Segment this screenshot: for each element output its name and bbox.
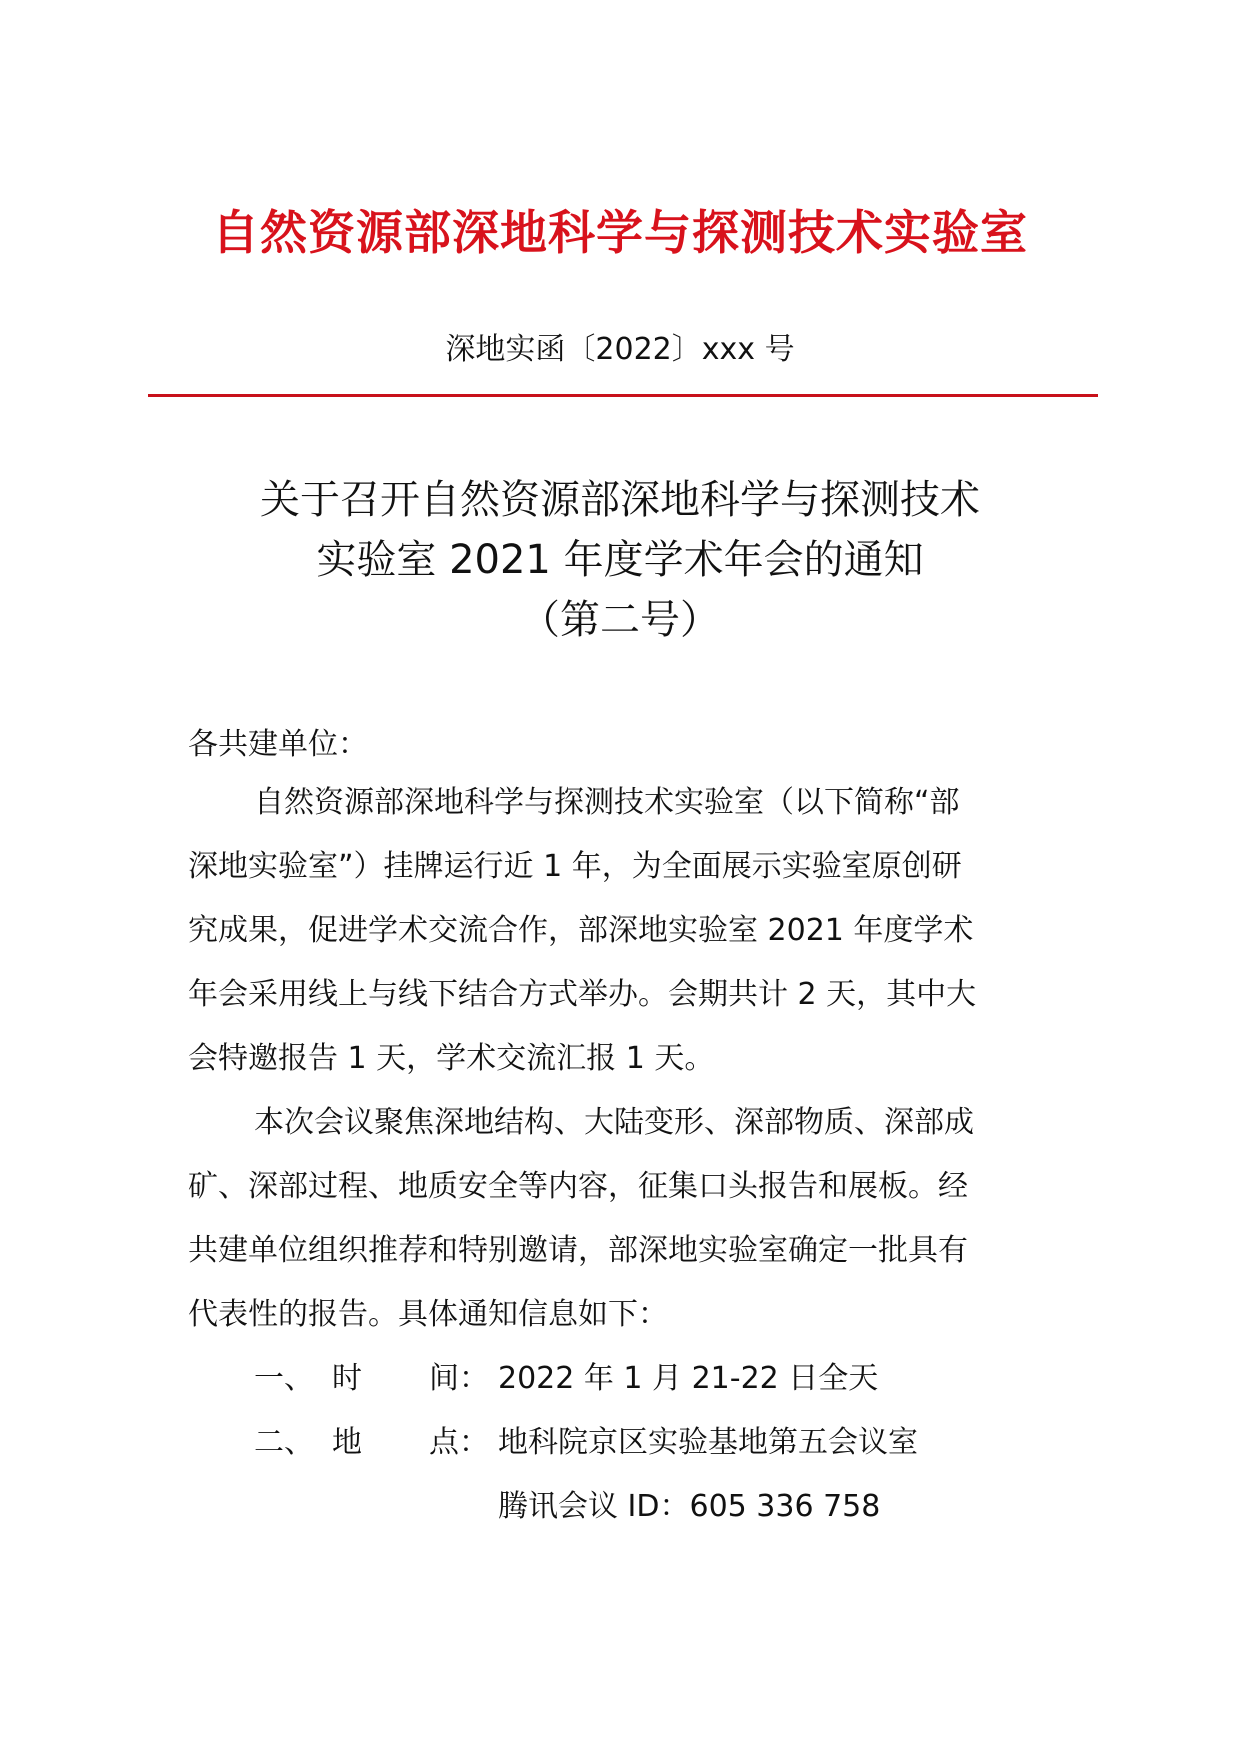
organization-header: 自然资源部深地科学与探测技术实验室 — [0, 204, 1240, 264]
paragraph-line: 代表性的报告。具体通知信息如下： — [188, 1282, 668, 1347]
info-value: 2022 年 1 月 21-22 日全天 — [498, 1346, 878, 1411]
info-key-char: 点： — [429, 1410, 489, 1475]
paragraph-line: 究成果，促进学术交流合作，部深地实验室 2021 年度学术 — [188, 898, 973, 963]
notice-title-line-3: （第二号） — [0, 590, 1240, 650]
salutation: 各共建单位： — [188, 712, 1058, 777]
info-key-char: 间： — [429, 1346, 489, 1411]
paragraph-line: 会特邀报告 1 天，学术交流汇报 1 天。 — [188, 1026, 714, 1091]
paragraph-line: 自然资源部深地科学与探测技术实验室（以下简称“部 — [254, 770, 960, 835]
info-number: 二、 — [254, 1410, 314, 1475]
paragraph-line: 矿、深部过程、地质安全等内容，征集口头报告和展板。经 — [188, 1154, 968, 1219]
paragraph-line: 深地实验室”）挂牌运行近 1 年，为全面展示实验室原创研 — [188, 834, 962, 899]
paragraph-line: 本次会议聚焦深地结构、大陆变形、深部物质、深部成 — [254, 1090, 974, 1155]
notice-title-line-1: 关于召开自然资源部深地科学与探测技术 — [0, 470, 1240, 530]
notice-title-line-2: 实验室 2021 年度学术年会的通知 — [0, 530, 1240, 590]
info-key-char: 地 — [332, 1410, 362, 1475]
paragraph-line: 共建单位组织推荐和特别邀请，部深地实验室确定一批具有 — [188, 1218, 968, 1283]
document-number: 深地实函〔2022〕xxx 号 — [0, 330, 1240, 370]
document-page: 自然资源部深地科学与探测技术实验室 深地实函〔2022〕xxx 号 关于召开自然… — [0, 0, 1240, 1754]
info-number: 一、 — [254, 1346, 314, 1411]
paragraph-line: 年会采用线上与线下结合方式举办。会期共计 2 天，其中大 — [188, 962, 976, 1027]
info-key-char: 时 — [332, 1346, 362, 1411]
header-divider — [148, 394, 1098, 397]
tencent-meeting-id: 腾讯会议 ID：605 336 758 — [498, 1474, 880, 1539]
info-value: 地科院京区实验基地第五会议室 — [498, 1410, 918, 1475]
